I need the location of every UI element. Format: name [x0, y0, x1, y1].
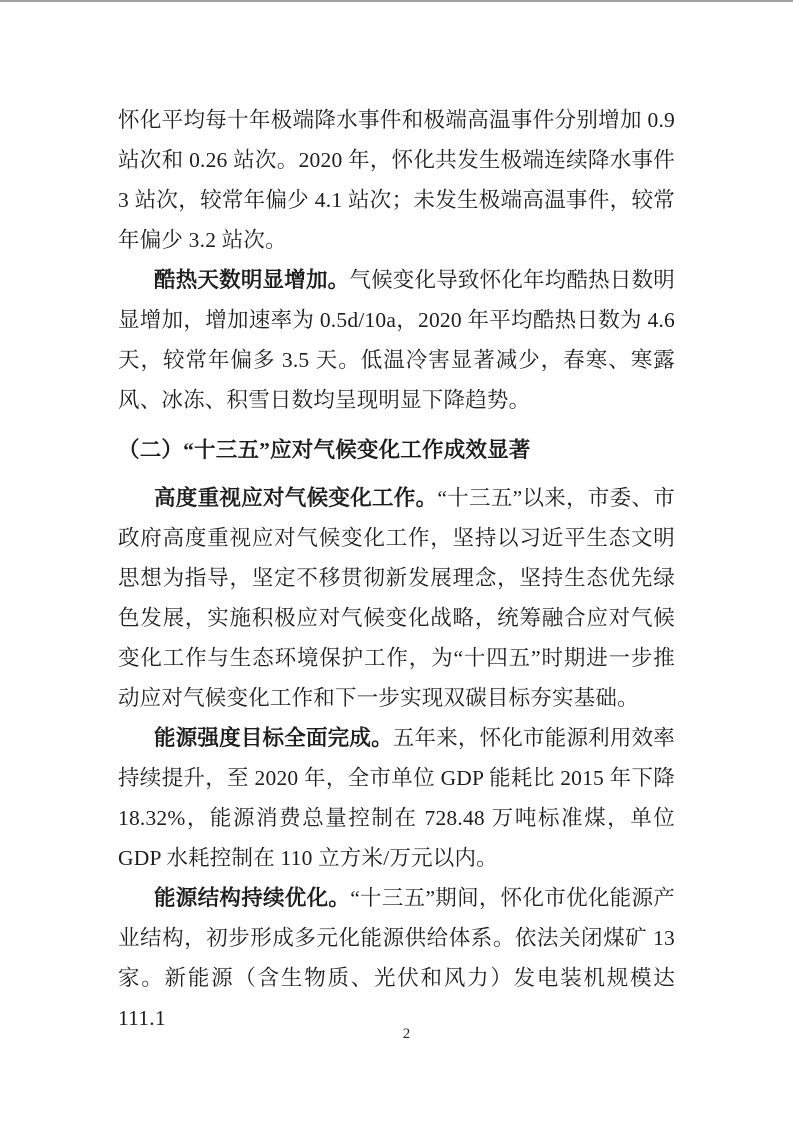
document-body: 怀化平均每十年极端降水事件和极端高温事件分别增加 0.9 站次和 0.26 站次…	[118, 100, 675, 1038]
paragraph-lead: 能源强度目标全面完成。	[154, 726, 393, 750]
document-page: { "page": { "number": "2" }, "document":…	[0, 0, 793, 1122]
page-number: 2	[0, 1024, 793, 1044]
paragraph-lead: 高度重视应对气候变化工作。	[154, 486, 437, 510]
paragraph-lead: 酷热天数明显增加。	[154, 268, 349, 292]
scan-edge-artifact	[0, 0, 793, 2]
section-heading: （二）“十三五”应对气候变化工作成效显著	[118, 430, 675, 470]
paragraph: 怀化平均每十年极端降水事件和极端高温事件分别增加 0.9 站次和 0.26 站次…	[118, 100, 675, 260]
paragraph-lead: 能源结构持续优化。	[154, 886, 350, 910]
paragraph: 酷热天数明显增加。气候变化导致怀化年均酷热日数明显增加，增加速率为 0.5d/1…	[118, 260, 675, 420]
paragraph-text: 怀化平均每十年极端降水事件和极端高温事件分别增加 0.9 站次和 0.26 站次…	[118, 108, 675, 252]
paragraph: 能源结构持续优化。“十三五”期间，怀化市优化能源产业结构，初步形成多元化能源供给…	[118, 878, 675, 1038]
paragraph: 高度重视应对气候变化工作。“十三五”以来，市委、市政府高度重视应对气候变化工作，…	[118, 478, 675, 718]
paragraph: 能源强度目标全面完成。五年来，怀化市能源利用效率持续提升，至 2020 年，全市…	[118, 718, 675, 878]
paragraph-text: “十三五”以来，市委、市政府高度重视应对气候变化工作，坚持以习近平生态文明思想为…	[118, 486, 675, 710]
